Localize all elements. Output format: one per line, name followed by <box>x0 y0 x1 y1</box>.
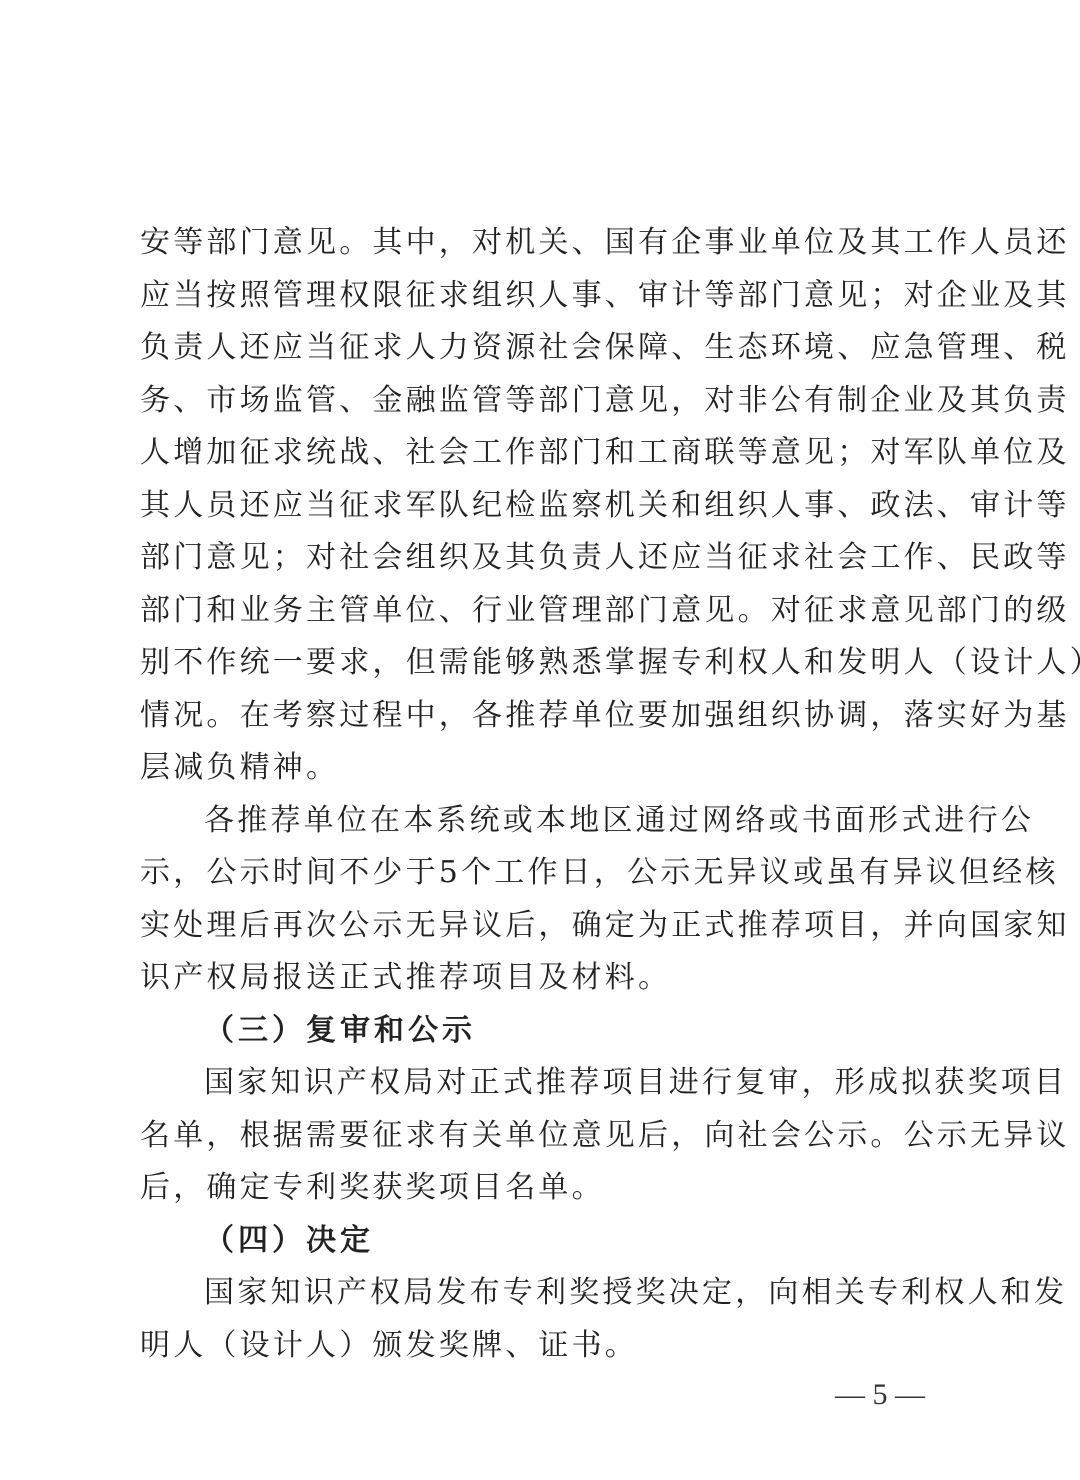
paragraph-line: 国家知识产权局发布专利奖授奖决定，向相关专利权人和发 <box>140 1267 950 1320</box>
page-number: — 5 — <box>835 1375 925 1415</box>
paragraph-line: 情况。在考察过程中，各推荐单位要加强组织协调，落实好为基 <box>140 690 950 743</box>
paragraph-line: 别不作统一要求，但需能够熟悉掌握专利权人和发明人（设计人） <box>140 637 950 690</box>
paragraph-line: 国家知识产权局对正式推荐项目进行复审，形成拟获奖项目 <box>140 1057 950 1110</box>
paragraph-line: 人增加征求统战、社会工作部门和工商联等意见；对军队单位及 <box>140 427 950 480</box>
paragraph-line: 部门意见；对社会组织及其负责人还应当征求社会工作、民政等 <box>140 532 950 585</box>
document-body: 安等部门意见。其中，对机关、国有企事业单位及其工作人员还 应当按照管理权限征求组… <box>140 217 950 1372</box>
paragraph-line: 负责人还应当征求人力资源社会保障、生态环境、应急管理、税 <box>140 322 950 375</box>
paragraph-line: 后，确定专利奖获奖项目名单。 <box>140 1162 950 1215</box>
paragraph-line: 应当按照管理权限征求组织人事、审计等部门意见；对企业及其 <box>140 270 950 323</box>
paragraph-line: 安等部门意见。其中，对机关、国有企事业单位及其工作人员还 <box>140 217 950 270</box>
paragraph-line: 识产权局报送正式推荐项目及材料。 <box>140 952 950 1005</box>
paragraph-line: 其人员还应当征求军队纪检监察机关和组织人事、政法、审计等 <box>140 480 950 533</box>
paragraph-line: 明人（设计人）颁发奖牌、证书。 <box>140 1320 950 1373</box>
paragraph-line: 实处理后再次公示无异议后，确定为正式推荐项目，并向国家知 <box>140 900 950 953</box>
paragraph-line: 名单，根据需要征求有关单位意见后，向社会公示。公示无异议 <box>140 1110 950 1163</box>
paragraph-line: 务、市场监管、金融监管等部门意见，对非公有制企业及其负责 <box>140 375 950 428</box>
section-heading-decision: （四）决定 <box>140 1215 950 1268</box>
paragraph-line: 层减负精神。 <box>140 742 950 795</box>
paragraph-line: 部门和业务主管单位、行业管理部门意见。对征求意见部门的级 <box>140 585 950 638</box>
section-heading-review: （三）复审和公示 <box>140 1005 950 1058</box>
paragraph-line: 示，公示时间不少于5个工作日，公示无异议或虽有异议但经核 <box>140 847 950 900</box>
paragraph-line: 各推荐单位在本系统或本地区通过网络或书面形式进行公 <box>140 795 950 848</box>
document-page: 安等部门意见。其中，对机关、国有企事业单位及其工作人员还 应当按照管理权限征求组… <box>0 0 1080 1480</box>
